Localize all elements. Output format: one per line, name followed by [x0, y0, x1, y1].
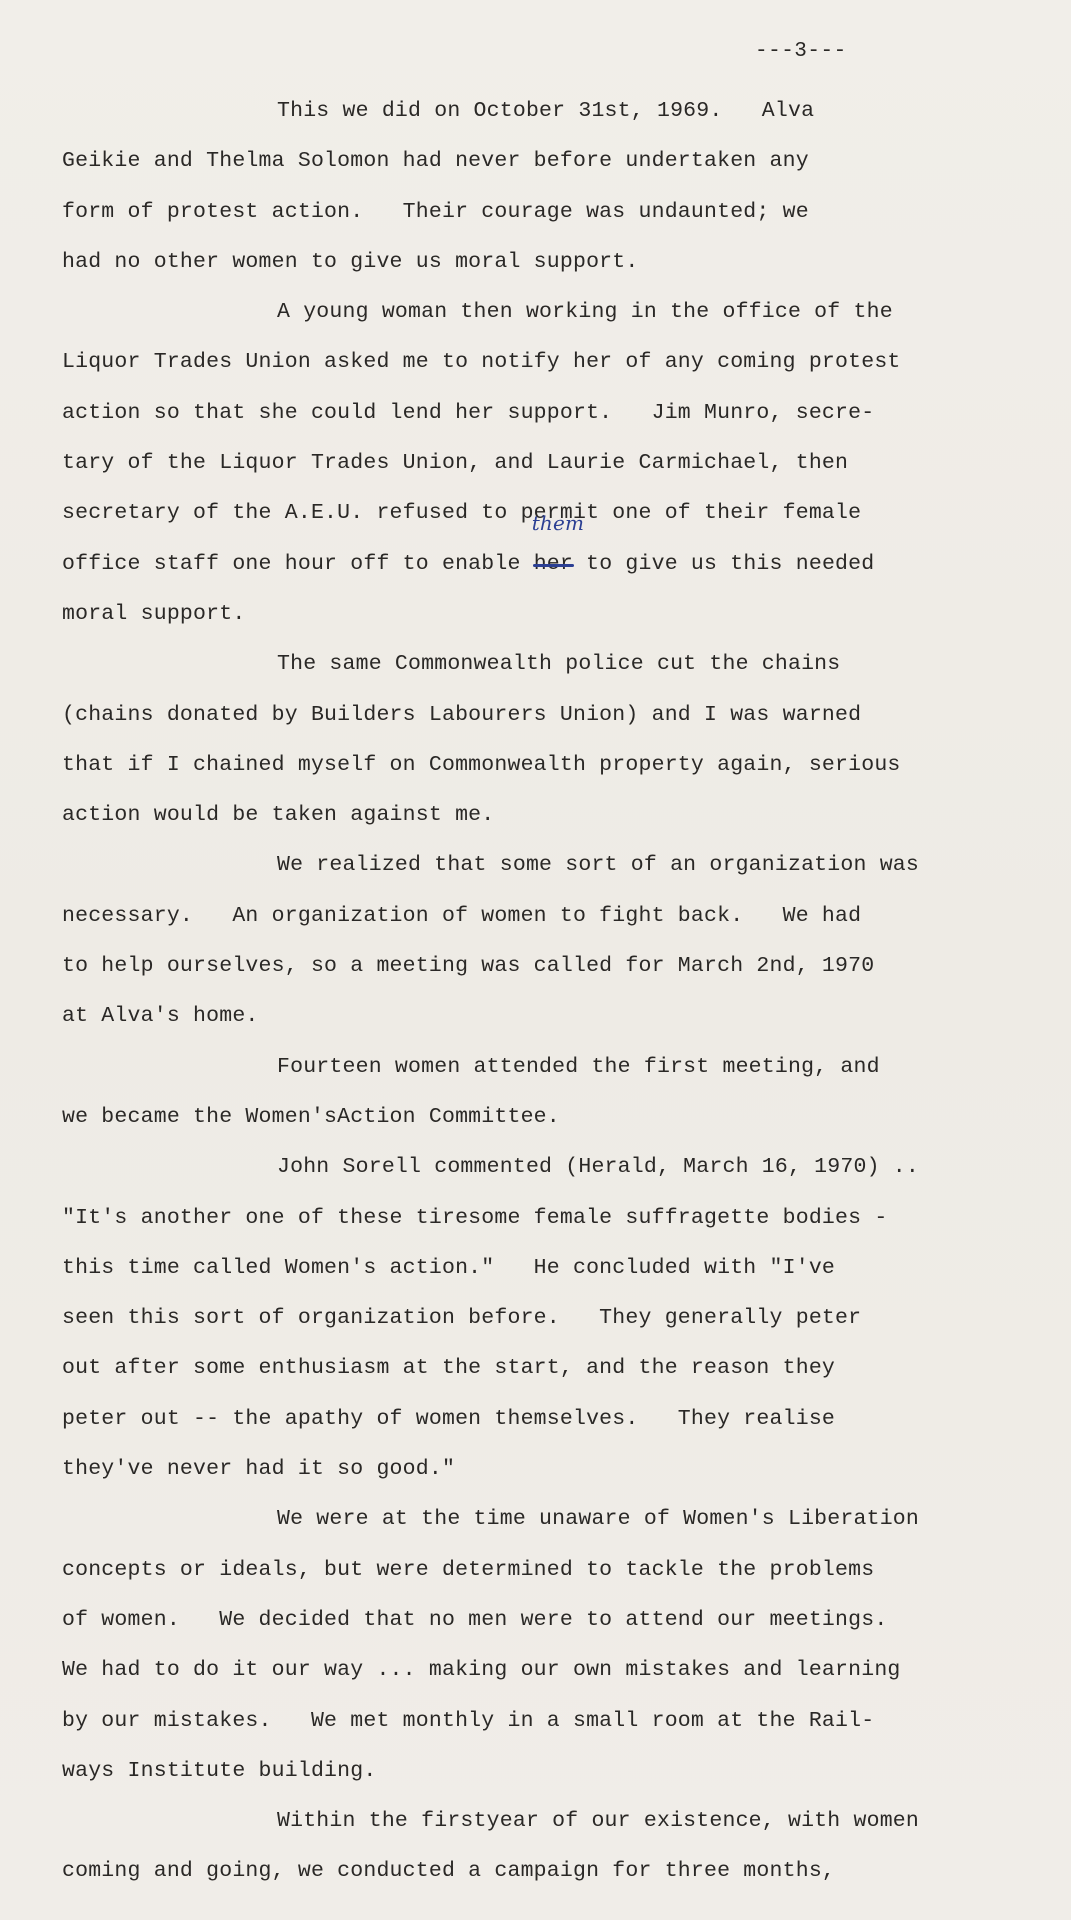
text-line: moral support.: [62, 589, 1052, 639]
text-line: (chains donated by Builders Labourers Un…: [62, 690, 1052, 740]
text-line: action would be taken against me.: [62, 790, 1052, 840]
text-line: action so that she could lend her suppor…: [62, 388, 1052, 438]
text-line: A young woman then working in the office…: [62, 287, 1052, 337]
text-line: by our mistakes. We met monthly in a sma…: [62, 1696, 1052, 1746]
struck-word: her: [534, 552, 573, 576]
text-line: Liquor Trades Union asked me to notify h…: [62, 337, 1052, 387]
handwritten-correction: themher: [534, 539, 573, 589]
page-number: ---3---: [755, 40, 847, 63]
corrected-text-line: office staff one hour off to enable them…: [62, 539, 1052, 589]
text-line: Within the firstyear of our existence, w…: [62, 1796, 1052, 1846]
text-line: necessary. An organization of women to f…: [62, 891, 1052, 941]
text-before-correction: office staff one hour off to enable: [62, 552, 534, 576]
text-line: ways Institute building.: [62, 1746, 1052, 1796]
text-line: coming and going, we conducted a campaig…: [62, 1846, 1052, 1896]
text-line: concepts or ideals, but were determined …: [62, 1545, 1052, 1595]
text-line: John Sorell commented (Herald, March 16,…: [62, 1142, 1052, 1192]
text-line: seen this sort of organization before. T…: [62, 1293, 1052, 1343]
text-line: of women. We decided that no men were to…: [62, 1595, 1052, 1645]
text-line: at Alva's home.: [62, 991, 1052, 1041]
typewritten-page: ---3--- This we did on October 31st, 196…: [0, 0, 1071, 1920]
text-line: Geikie and Thelma Solomon had never befo…: [62, 136, 1052, 186]
text-line: that if I chained myself on Commonwealth…: [62, 740, 1052, 790]
text-line: we became the Women'sAction Committee.: [62, 1092, 1052, 1142]
text-line: out after some enthusiasm at the start, …: [62, 1343, 1052, 1393]
text-after-correction: to give us this needed: [573, 552, 874, 576]
text-line: The same Commonwealth police cut the cha…: [62, 639, 1052, 689]
text-line: We had to do it our way ... making our o…: [62, 1645, 1052, 1695]
text-line: to help ourselves, so a meeting was call…: [62, 941, 1052, 991]
text-line: This we did on October 31st, 1969. Alva: [62, 86, 1052, 136]
text-line: peter out -- the apathy of women themsel…: [62, 1394, 1052, 1444]
text-line: Fourteen women attended the first meetin…: [62, 1042, 1052, 1092]
text-line: form of protest action. Their courage wa…: [62, 187, 1052, 237]
text-line: had no other women to give us moral supp…: [62, 237, 1052, 287]
text-line: this time called Women's action." He con…: [62, 1243, 1052, 1293]
text-line: We were at the time unaware of Women's L…: [62, 1494, 1052, 1544]
text-line: they've never had it so good.": [62, 1444, 1052, 1494]
text-line: We realized that some sort of an organiz…: [62, 840, 1052, 890]
text-line: tary of the Liquor Trades Union, and Lau…: [62, 438, 1052, 488]
document-body: This we did on October 31st, 1969. Alva …: [62, 86, 1052, 1897]
handwritten-replacement: them: [532, 513, 585, 533]
text-line: "It's another one of these tiresome fema…: [62, 1193, 1052, 1243]
